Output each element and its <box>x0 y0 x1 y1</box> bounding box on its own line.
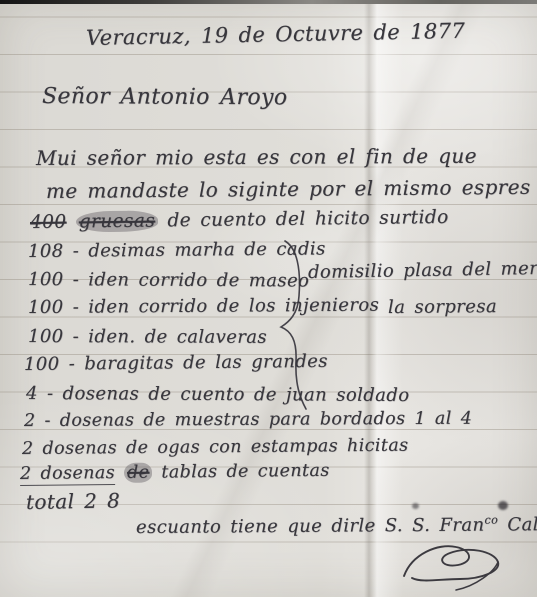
crossed-quantity: 400 <box>30 212 67 233</box>
delivery-annotation-line-2: la sorpresa <box>388 296 497 318</box>
order-item: 2 dosenas de ogas con estampas hicitas <box>22 436 409 459</box>
order-item-last: 2 dosenas de tablas de cuentas <box>20 461 330 484</box>
crossed-line-rest: de cuento del hicito surtido <box>167 207 448 231</box>
signature-rubric-icon <box>398 538 508 594</box>
order-item: 100 - iden corrido de maseo <box>28 269 309 291</box>
closing-line: escuanto tiene que dirle S. S. Franco Ca… <box>136 513 537 538</box>
last-item-quantity: 2 dosenas <box>20 463 115 486</box>
closing-superscript: co <box>484 513 498 526</box>
crossed-word: gruesas <box>76 210 159 232</box>
order-item: 100 - iden. de calaveras <box>28 326 267 348</box>
order-item: 100 - baragitas de las grandes <box>24 351 328 375</box>
order-item: 4 - dosenas de cuento de juan soldado <box>26 383 410 406</box>
scan-edge <box>0 0 537 4</box>
salutation: Señor Antonio Aroyo <box>42 84 288 110</box>
closing-text: escuanto tiene que dirle S. S. Fran <box>136 515 485 538</box>
ink-blot <box>498 501 508 510</box>
ink-blot <box>412 503 419 509</box>
letter-page: Veracruz, 19 de Octuvre de 1877 Señor An… <box>0 0 537 597</box>
closing-signature-name: Callejas <box>507 514 537 536</box>
order-item: 100 - iden corrido de los injenieros <box>28 295 379 318</box>
total-line: total 2 8 <box>26 488 121 514</box>
body-line-1: Mui señor mio esta es con el fin de que <box>36 144 477 170</box>
body-line-2: me mandaste lo siginte por el mismo espr… <box>46 175 531 203</box>
last-item-struck-word: de <box>124 463 153 483</box>
delivery-annotation-line-1: domisilio plasa del mercado <box>308 258 537 283</box>
order-item: 2 - dosenas de muestras para bordados 1 … <box>24 409 472 431</box>
last-item-rest: tablas de cuentas <box>161 461 330 483</box>
order-item: 108 - desimas marha de cadis <box>28 238 326 262</box>
